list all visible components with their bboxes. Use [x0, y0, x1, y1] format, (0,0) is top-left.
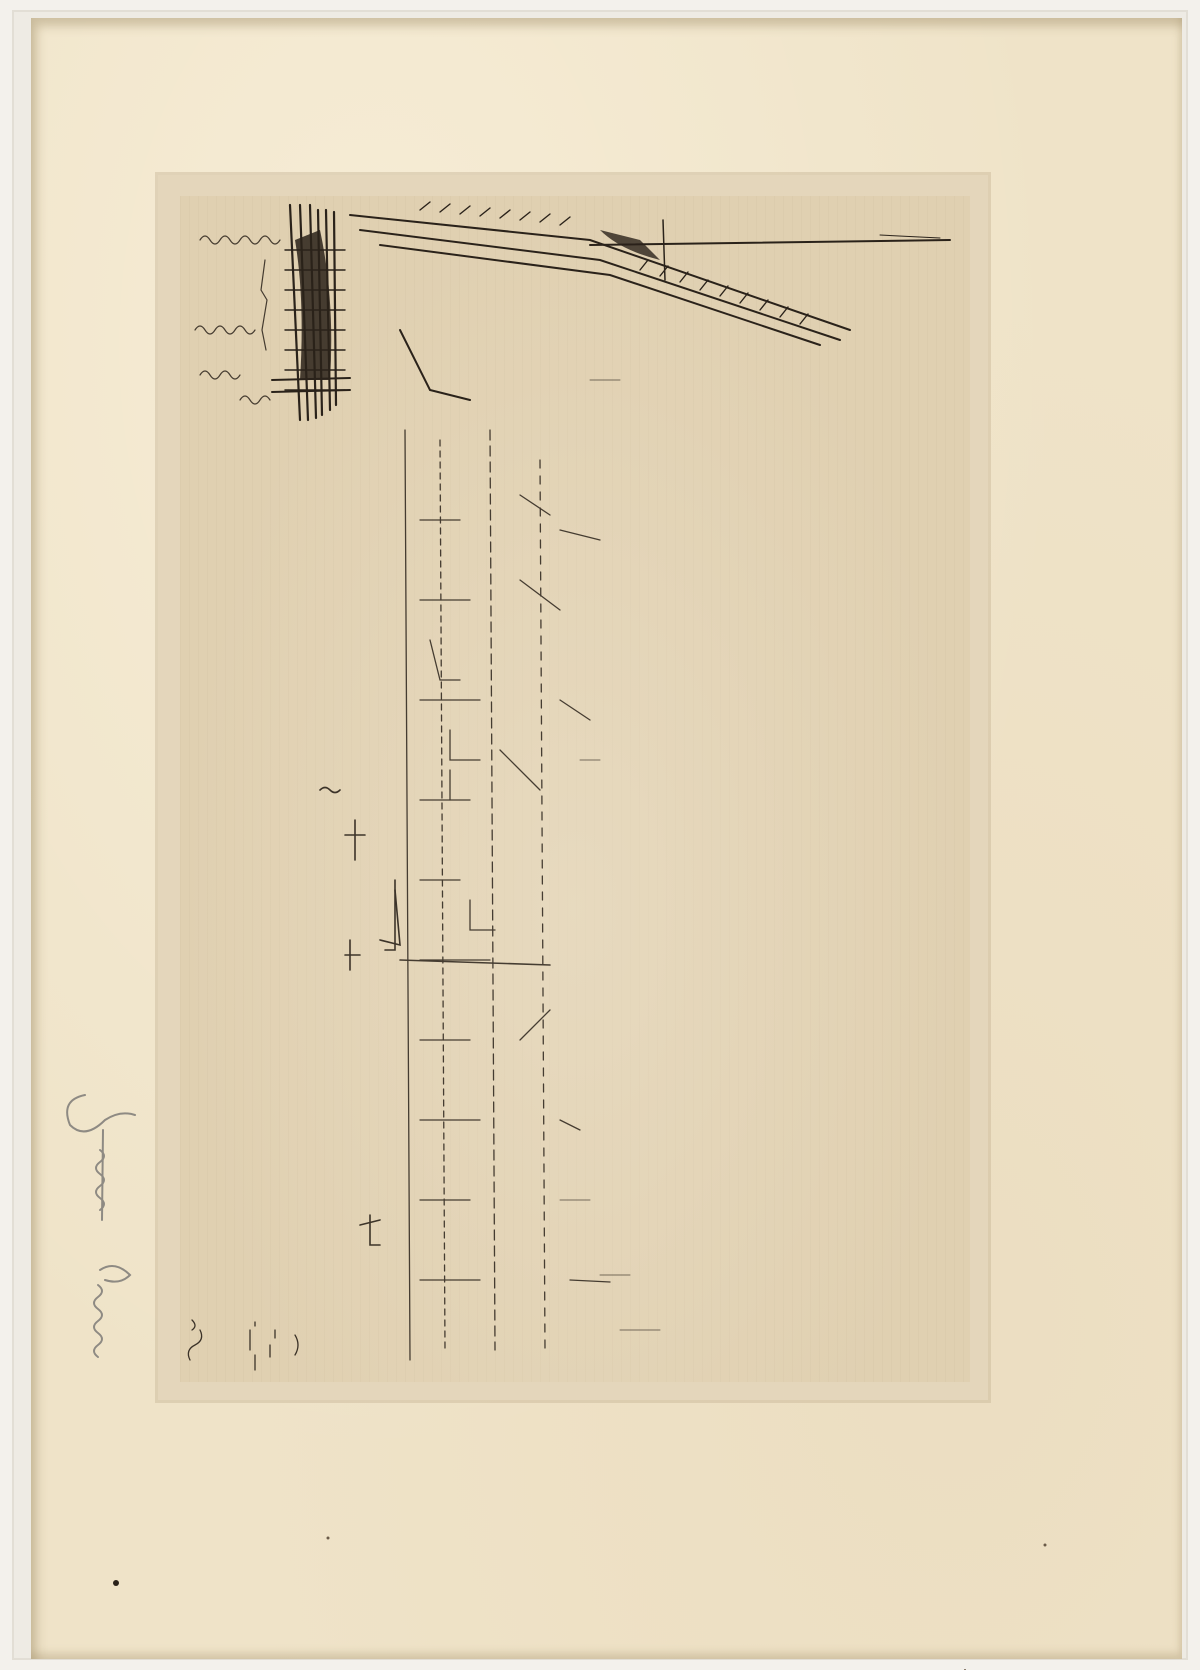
etched-drawing	[0, 0, 1200, 1670]
pencil-signature	[40, 1070, 150, 1390]
